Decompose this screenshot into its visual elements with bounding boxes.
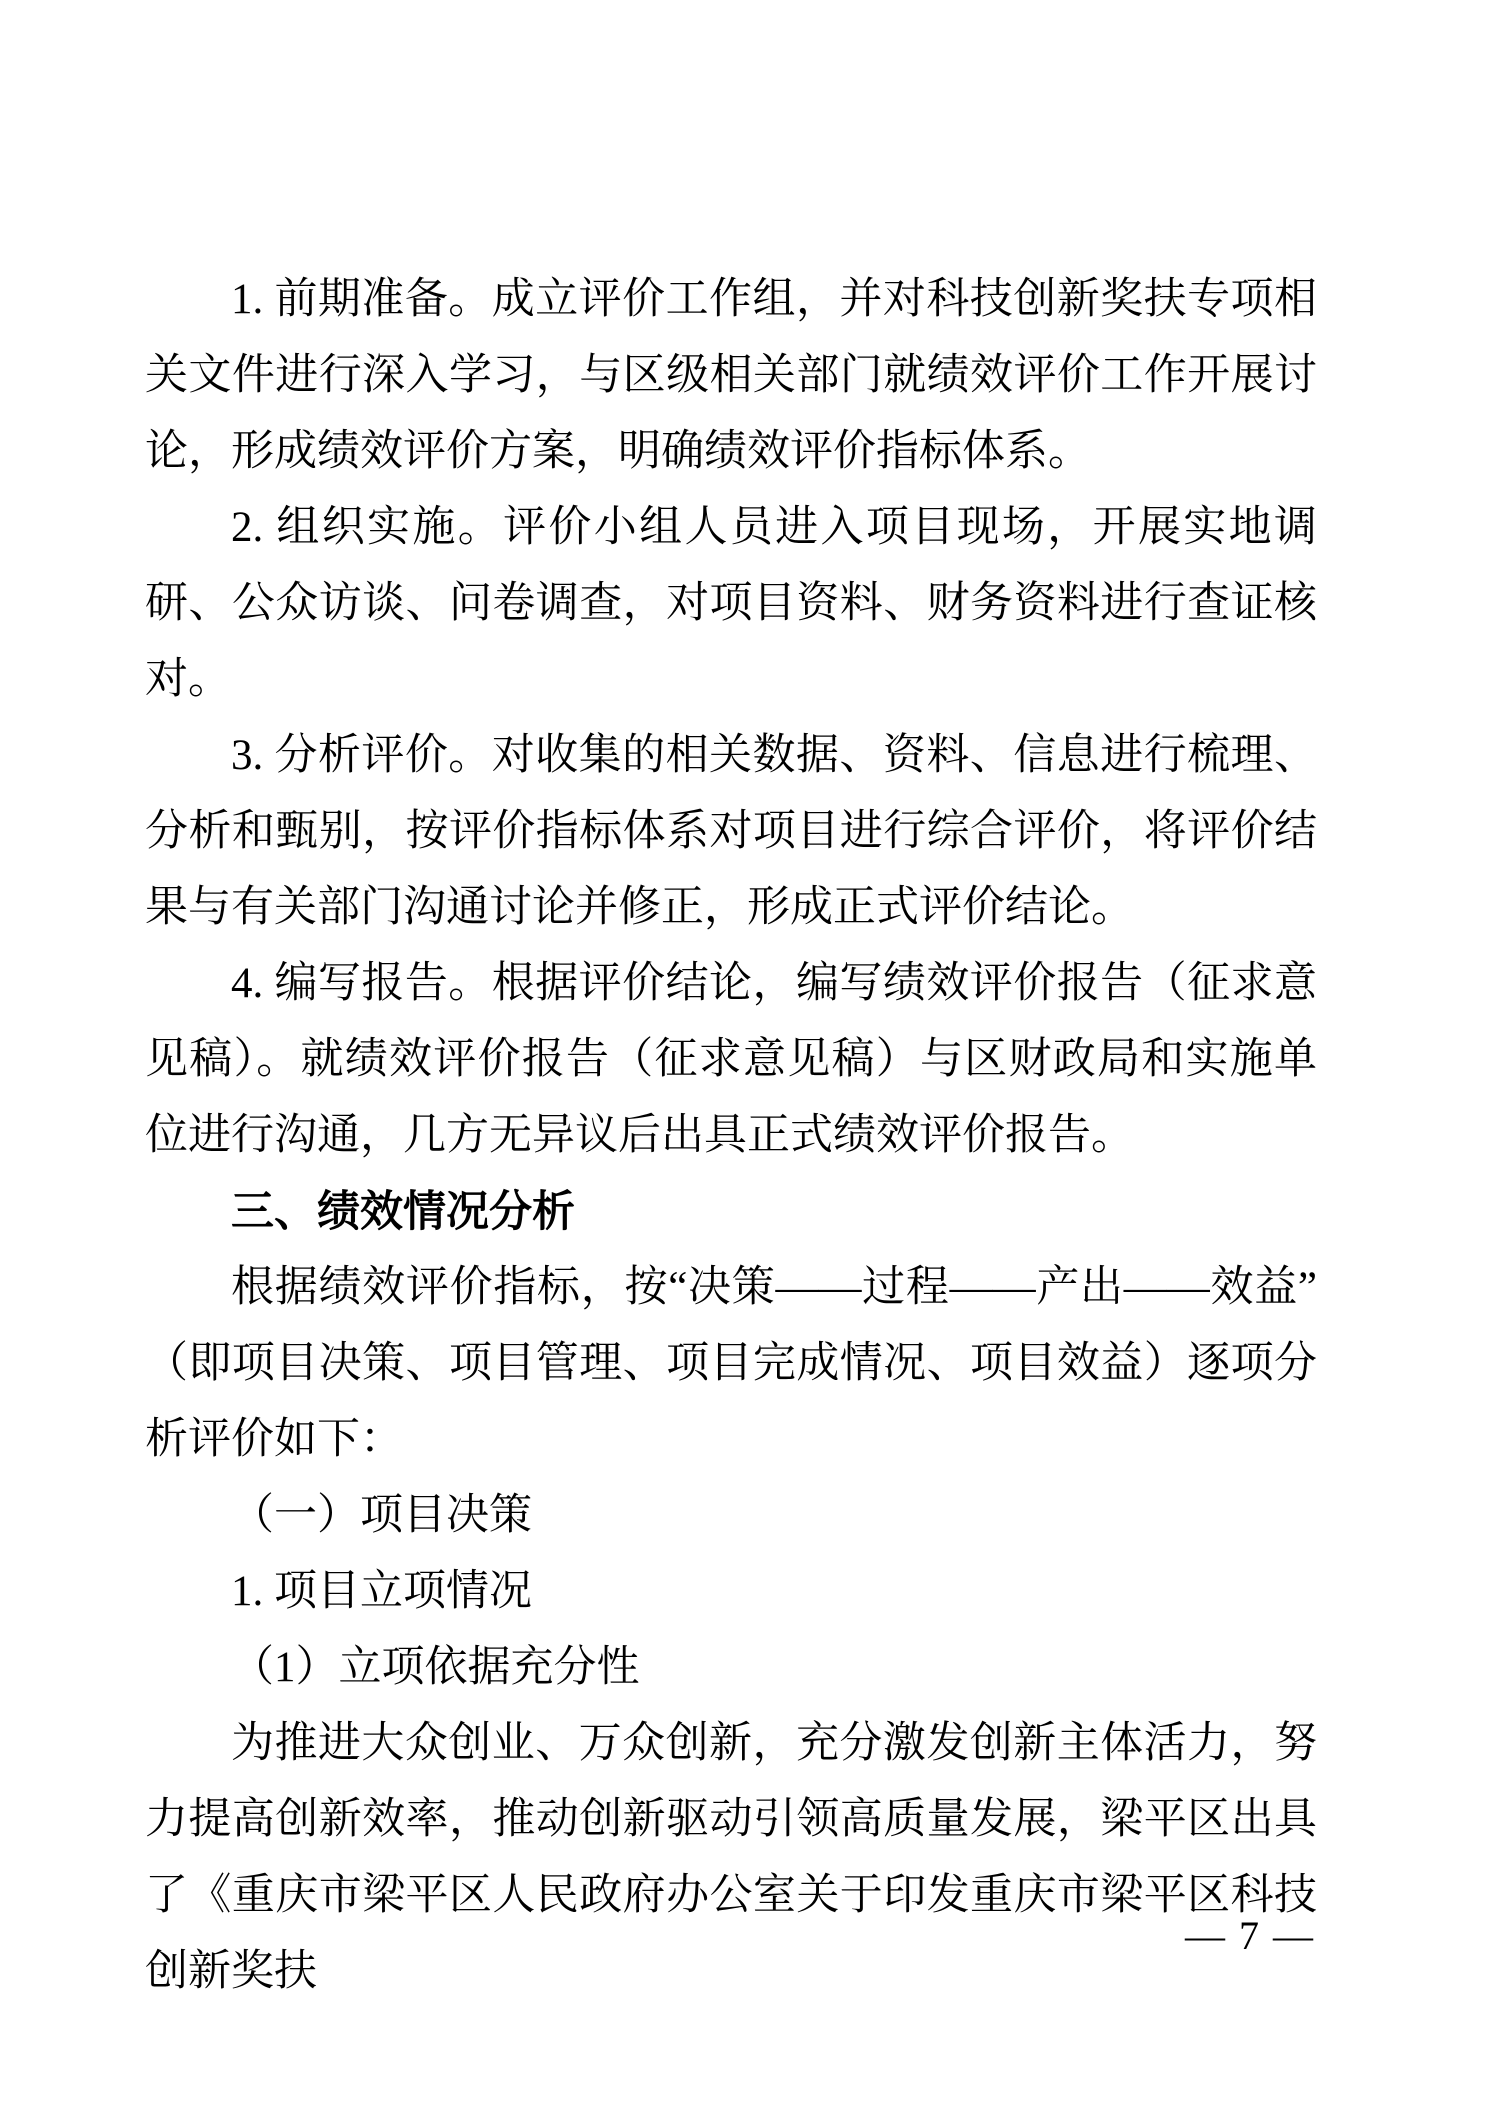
heading-section-performance-analysis: 三、绩效情况分析 (145, 1174, 1317, 1250)
document-page: 1. 前期准备。成立评价工作组，并对科技创新奖扶专项相关文件进行深入学习，与区级… (0, 0, 1488, 2104)
para-approval-basis-detail: 为推进大众创业、万众创新，充分激发创新主体活力，努力提高创新效率，推动创新驱动引… (145, 1706, 1317, 2010)
heading-item-project-approval: 1. 项目立项情况 (145, 1554, 1317, 1630)
heading-subsection-project-decision: （一）项目决策 (145, 1478, 1317, 1554)
para-step-2-implementation: 2. 组织实施。评价小组人员进入项目现场，开展实地调研、公众访谈、问卷调查，对项… (145, 490, 1317, 718)
para-evaluation-framework: 根据绩效评价指标，按“决策——过程——产出——效益”（即项目决策、项目管理、项目… (145, 1250, 1317, 1478)
document-body: 1. 前期准备。成立评价工作组，并对科技创新奖扶专项相关文件进行深入学习，与区级… (145, 262, 1317, 2010)
para-step-3-analysis: 3. 分析评价。对收集的相关数据、资料、信息进行梳理、分析和甄别，按评价指标体系… (145, 718, 1317, 946)
para-step-4-report: 4. 编写报告。根据评价结论，编写绩效评价报告（征求意见稿）。就绩效评价报告（征… (145, 946, 1317, 1174)
heading-point-approval-basis: （1）立项依据充分性 (145, 1630, 1317, 1706)
para-step-1-preparation: 1. 前期准备。成立评价工作组，并对科技创新奖扶专项相关文件进行深入学习，与区级… (145, 262, 1317, 490)
page-number: — 7 — (1185, 1908, 1315, 1964)
